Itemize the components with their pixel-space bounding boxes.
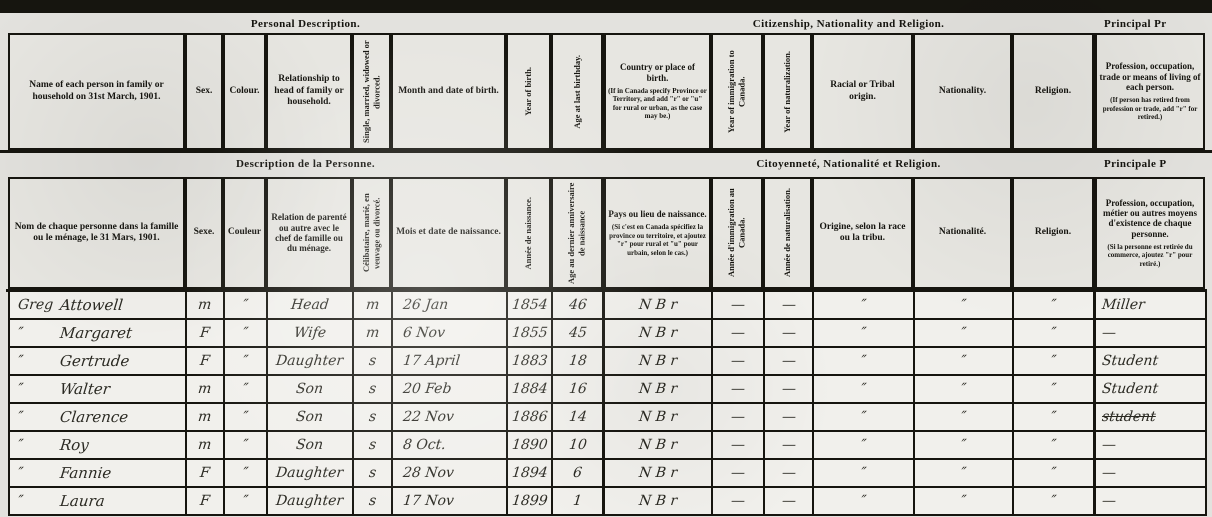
handwritten-year: 1854: [511, 297, 548, 313]
header-religion-fr: Religion.: [1012, 177, 1094, 289]
handwritten-profession: student: [1101, 409, 1156, 425]
handwritten-racial: ″: [860, 437, 867, 453]
header-month-en: Month and date of birth.: [391, 33, 506, 150]
handwritten-racial: ″: [860, 353, 867, 369]
name-prefix: ″: [17, 437, 61, 453]
handwritten-month: 17 Nov: [402, 493, 455, 509]
name-given: Fannie: [59, 464, 112, 482]
cell-sex: m: [187, 376, 225, 402]
cell-relationship: Daughter: [268, 488, 354, 514]
name-prefix: ″: [17, 465, 61, 481]
cell-marital: m: [354, 320, 393, 346]
cell-religion: ″: [1014, 376, 1096, 402]
handwritten-nationality: ″: [960, 465, 967, 481]
handwritten-relationship: Wife: [293, 325, 327, 341]
handwritten-colour: ″: [242, 325, 249, 341]
handwritten-religion: ″: [1050, 409, 1057, 425]
handwritten-sex: F: [199, 493, 210, 509]
header-country-fr-note: (Si c'est en Canada spécifiez la provinc…: [608, 223, 707, 257]
handwritten-age: 46: [568, 297, 588, 313]
handwritten-colour: ″: [242, 409, 249, 425]
handwritten-month: 22 Nov: [402, 409, 455, 425]
handwritten-racial: ″: [860, 409, 867, 425]
handwritten-country: N B r: [638, 437, 678, 453]
handwritten-religion: ″: [1050, 437, 1057, 453]
handwritten-naturalization: —: [781, 381, 797, 397]
section-title-principal-fr: Principale P: [1104, 158, 1212, 170]
cell-marital: m: [354, 292, 393, 318]
cell-religion: ″: [1014, 404, 1096, 430]
handwritten-religion: ″: [1050, 297, 1057, 313]
handwritten-relationship: Son: [296, 381, 325, 397]
header-year-birth-en-label: Year of birth.: [523, 67, 534, 116]
cell-naturalization: —: [765, 488, 814, 514]
cell-age: 6: [553, 460, 605, 486]
header-relationship-fr: Relation de parenté ou autre avec le che…: [266, 177, 352, 289]
header-age-fr-label: Age au dernier anniversaire de naissance: [566, 179, 587, 287]
header-immigration-fr: Année d'immigration au Canada.: [711, 177, 763, 289]
cell-country: N B r: [605, 320, 713, 346]
header-month-en-label: Month and date of birth.: [398, 86, 499, 97]
cell-profession: —: [1096, 320, 1207, 346]
name-prefix: ″: [17, 493, 61, 509]
handwritten-country: N B r: [638, 493, 678, 509]
header-relationship-en: Relationship to head of family or househ…: [266, 33, 352, 150]
cell-profession: Miller: [1096, 292, 1207, 318]
cell-colour: ″: [225, 432, 268, 458]
handwritten-year: 1899: [511, 493, 548, 509]
handwritten-relationship: Daughter: [276, 465, 345, 481]
header-racial-fr: Origine, selon la race ou la tribu.: [812, 177, 913, 289]
top-border-bar: [0, 0, 1212, 13]
header-marital-fr: Célibataire, marié, en veuvage ou divorc…: [352, 177, 391, 289]
cell-year: 1884: [508, 376, 553, 402]
table-row: ″Walterm″Sons20 Feb188416N B r——″″″Stude…: [8, 376, 1207, 404]
cell-sex: F: [187, 348, 225, 374]
handwritten-month: 6 Nov: [402, 325, 446, 341]
cell-naturalization: —: [765, 376, 814, 402]
cell-name: ″Clarence: [10, 404, 187, 430]
handwritten-relationship: Head: [290, 297, 329, 313]
header-naturalization-fr-label: Année de naturalisation.: [782, 188, 793, 277]
cell-racial: ″: [814, 376, 915, 402]
handwritten-country: N B r: [638, 297, 678, 313]
header-profession-fr-label: Profession, occupation, métier ou autres…: [1099, 198, 1201, 239]
handwritten-relationship: Daughter: [276, 353, 345, 369]
handwritten-relationship: Daughter: [276, 493, 345, 509]
name-given: Gertrude: [59, 352, 130, 370]
handwritten-marital: m: [365, 297, 380, 313]
cell-racial: ″: [814, 348, 915, 374]
cell-colour: ″: [225, 488, 268, 514]
cell-marital: s: [354, 432, 393, 458]
handwritten-colour: ″: [242, 493, 249, 509]
handwritten-immigration: —: [730, 325, 746, 341]
cell-country: N B r: [605, 292, 713, 318]
cell-racial: ″: [814, 432, 915, 458]
name-given: Margaret: [59, 324, 133, 342]
cell-year: 1854: [508, 292, 553, 318]
cell-relationship: Daughter: [268, 460, 354, 486]
handwritten-immigration: —: [730, 381, 746, 397]
cell-colour: ″: [225, 376, 268, 402]
cell-colour: ″: [225, 320, 268, 346]
header-relationship-fr-label: Relation de parenté ou autre avec le che…: [270, 212, 348, 253]
handwritten-relationship: Son: [296, 409, 325, 425]
header-profession-en-label: Profession, occupation, trade or means o…: [1099, 61, 1201, 92]
section-title-personal-description: Personal Description.: [8, 18, 603, 30]
handwritten-country: N B r: [638, 353, 678, 369]
handwritten-nationality: ″: [960, 493, 967, 509]
handwritten-nationality: ″: [960, 325, 967, 341]
header-country-fr-label: Pays ou lieu de naissance.: [608, 209, 706, 219]
name-given: Laura: [59, 492, 106, 510]
handwritten-sex: m: [198, 437, 213, 453]
cell-profession: —: [1096, 432, 1207, 458]
cell-immigration: —: [713, 404, 765, 430]
handwritten-sex: F: [199, 353, 210, 369]
cell-nationality: ″: [915, 292, 1014, 318]
cell-marital: s: [354, 488, 393, 514]
cell-colour: ″: [225, 460, 268, 486]
cell-month: 20 Feb: [393, 376, 508, 402]
handwritten-marital: s: [368, 437, 377, 453]
handwritten-racial: ″: [860, 297, 867, 313]
cell-nationality: ″: [915, 488, 1014, 514]
handwritten-year: 1894: [511, 465, 548, 481]
cell-racial: ″: [814, 320, 915, 346]
cell-naturalization: —: [765, 460, 814, 486]
handwritten-year: 1883: [511, 353, 548, 369]
cell-profession: —: [1096, 460, 1207, 486]
name-given: Attowell: [59, 296, 124, 314]
header-year-birth-en: Year of birth.: [506, 33, 551, 150]
header-nationality-en: Nationality.: [913, 33, 1012, 150]
cell-nationality: ″: [915, 320, 1014, 346]
table-row: GregAttowellm″Headm26 Jan185446N B r——″″…: [8, 292, 1207, 320]
cell-naturalization: —: [765, 320, 814, 346]
handwritten-sex: m: [198, 409, 213, 425]
handwritten-colour: ″: [242, 437, 249, 453]
handwritten-naturalization: —: [781, 409, 797, 425]
header-nationality-en-label: Nationality.: [939, 86, 986, 97]
handwritten-profession: Student: [1101, 381, 1159, 397]
handwritten-religion: ″: [1050, 381, 1057, 397]
cell-age: 10: [553, 432, 605, 458]
cell-religion: ″: [1014, 320, 1096, 346]
handwritten-nationality: ″: [960, 353, 967, 369]
header-country-en-label: Country or place of birth.: [608, 62, 707, 83]
cell-age: 46: [553, 292, 605, 318]
cell-year: 1899: [508, 488, 553, 514]
cell-immigration: —: [713, 488, 765, 514]
cell-name: ″Fannie: [10, 460, 187, 486]
cell-age: 1: [553, 488, 605, 514]
header-name-en-label: Name of each person in family or househo…: [12, 80, 181, 103]
handwritten-racial: ″: [860, 325, 867, 341]
header-immigration-en: Year of immigration to Canada.: [711, 33, 763, 150]
handwritten-colour: ″: [242, 381, 249, 397]
handwritten-age: 10: [568, 437, 588, 453]
name-prefix: ″: [17, 353, 61, 369]
handwritten-profession: Miller: [1101, 297, 1145, 313]
handwritten-immigration: —: [730, 437, 746, 453]
handwritten-sex: m: [198, 297, 213, 313]
header-sex-en: Sex.: [185, 33, 223, 150]
cell-racial: ″: [814, 460, 915, 486]
handwritten-age: 18: [568, 353, 588, 369]
handwritten-colour: ″: [242, 297, 249, 313]
handwritten-nationality: ″: [960, 437, 967, 453]
handwritten-naturalization: —: [781, 493, 797, 509]
handwritten-age: 14: [568, 409, 588, 425]
header-naturalization-en: Year of naturalization.: [763, 33, 812, 150]
cell-religion: ″: [1014, 292, 1096, 318]
header-immigration-fr-label: Année d'immigration au Canada.: [726, 179, 747, 287]
cell-racial: ″: [814, 404, 915, 430]
header-age-en-label: Age at last birthday.: [572, 55, 583, 129]
handwritten-country: N B r: [638, 409, 678, 425]
cell-name: ″Gertrude: [10, 348, 187, 374]
handwritten-country: N B r: [638, 465, 678, 481]
cell-age: 18: [553, 348, 605, 374]
handwritten-sex: m: [198, 381, 213, 397]
header-marital-en-label: Single, married, widowed or divorced.: [361, 37, 382, 147]
handwritten-month: 20 Feb: [402, 381, 452, 397]
cell-sex: F: [187, 488, 225, 514]
cell-year: 1855: [508, 320, 553, 346]
handwritten-year: 1884: [511, 381, 548, 397]
handwritten-month: 26 Jan: [402, 297, 449, 313]
cell-sex: F: [187, 320, 225, 346]
cell-year: 1890: [508, 432, 553, 458]
cell-name: ″Margaret: [10, 320, 187, 346]
cell-nationality: ″: [915, 376, 1014, 402]
header-naturalization-fr: Année de naturalisation.: [763, 177, 812, 289]
cell-month: 6 Nov: [393, 320, 508, 346]
header-sex-fr: Sexe.: [185, 177, 223, 289]
handwritten-marital: m: [365, 325, 380, 341]
handwritten-immigration: —: [730, 409, 746, 425]
cell-country: N B r: [605, 488, 713, 514]
cell-marital: s: [354, 404, 393, 430]
name-prefix: ″: [17, 381, 61, 397]
handwritten-marital: s: [368, 493, 377, 509]
handwritten-age: 6: [572, 465, 583, 481]
cell-marital: s: [354, 348, 393, 374]
cell-marital: s: [354, 460, 393, 486]
header-sex-fr-label: Sexe.: [194, 227, 215, 238]
handwritten-year: 1886: [511, 409, 548, 425]
cell-month: 28 Nov: [393, 460, 508, 486]
cell-age: 45: [553, 320, 605, 346]
name-prefix: Greg: [17, 297, 61, 313]
handwritten-immigration: —: [730, 465, 746, 481]
cell-month: 17 Nov: [393, 488, 508, 514]
header-country-fr: Pays ou lieu de naissance. (Si c'est en …: [603, 177, 711, 289]
handwritten-sex: F: [199, 325, 210, 341]
divider-line: [6, 289, 1207, 292]
handwritten-immigration: —: [730, 297, 746, 313]
header-colour-en-label: Colour.: [229, 86, 259, 97]
cell-month: 22 Nov: [393, 404, 508, 430]
handwritten-profession: Student: [1101, 353, 1159, 369]
handwritten-nationality: ″: [960, 409, 967, 425]
handwritten-marital: s: [368, 381, 377, 397]
header-year-birth-fr: Année de naissance.: [506, 177, 551, 289]
name-prefix: ″: [17, 325, 61, 341]
table-row: ″Clarencem″Sons22 Nov188614N B r——″″″stu…: [8, 404, 1207, 432]
cell-profession: —: [1096, 488, 1207, 514]
header-name-en: Name of each person in family or househo…: [8, 33, 185, 150]
cell-sex: F: [187, 460, 225, 486]
handwritten-naturalization: —: [781, 465, 797, 481]
cell-relationship: Head: [268, 292, 354, 318]
section-title-citizenship: Citizenship, Nationality and Religion.: [603, 18, 1094, 30]
handwritten-relationship: Son: [296, 437, 325, 453]
cell-sex: m: [187, 432, 225, 458]
cell-immigration: —: [713, 376, 765, 402]
name-given: Clarence: [59, 408, 129, 426]
header-relationship-en-label: Relationship to head of family or househ…: [270, 74, 348, 108]
cell-relationship: Wife: [268, 320, 354, 346]
header-sex-en-label: Sex.: [196, 86, 213, 97]
header-name-fr-label: Nom de chaque personne dans la famille o…: [12, 222, 181, 245]
cell-relationship: Son: [268, 376, 354, 402]
header-marital-fr-label: Célibataire, marié, en veuvage ou divorc…: [361, 179, 382, 287]
cell-relationship: Son: [268, 404, 354, 430]
handwritten-age: 16: [568, 381, 588, 397]
handwritten-naturalization: —: [781, 297, 797, 313]
header-country-en: Country or place of birth. (If in Canada…: [603, 33, 711, 150]
header-name-fr: Nom de chaque personne dans la famille o…: [8, 177, 185, 289]
header-age-fr: Age au dernier anniversaire de naissance: [551, 177, 603, 289]
handwritten-religion: ″: [1050, 493, 1057, 509]
cell-sex: m: [187, 404, 225, 430]
header-profession-fr: Profession, occupation, métier ou autres…: [1094, 177, 1205, 289]
cell-religion: ″: [1014, 460, 1096, 486]
header-month-fr-label: Mois et date de naissance.: [396, 227, 501, 238]
header-religion-fr-label: Religion.: [1035, 227, 1071, 238]
cell-racial: ″: [814, 488, 915, 514]
cell-racial: ″: [814, 292, 915, 318]
cell-country: N B r: [605, 404, 713, 430]
cell-age: 16: [553, 376, 605, 402]
name-given: Walter: [59, 380, 111, 398]
cell-naturalization: —: [765, 404, 814, 430]
cell-name: ″Walter: [10, 376, 187, 402]
handwritten-marital: s: [368, 409, 377, 425]
header-colour-fr: Couleur: [223, 177, 266, 289]
header-age-en: Age at last birthday.: [551, 33, 603, 150]
handwritten-immigration: —: [730, 493, 746, 509]
cell-naturalization: —: [765, 432, 814, 458]
handwritten-profession: —: [1101, 437, 1117, 453]
section-title-citizenship-fr: Citoyenneté, Nationalité et Religion.: [603, 158, 1094, 170]
header-profession-en: Profession, occupation, trade or means o…: [1094, 33, 1205, 150]
section-title-principal: Principal Pr: [1104, 18, 1212, 30]
header-racial-fr-label: Origine, selon la race ou la tribu.: [816, 222, 909, 245]
handwritten-year: 1855: [511, 325, 548, 341]
section-title-personal-description-fr: Description de la Personne.: [8, 158, 603, 170]
census-sheet: Personal Description. Citizenship, Natio…: [0, 0, 1212, 517]
handwritten-naturalization: —: [781, 325, 797, 341]
cell-nationality: ″: [915, 404, 1014, 430]
header-profession-en-note: (If person has retired from profession o…: [1099, 96, 1201, 121]
header-year-birth-fr-label: Année de naissance.: [523, 197, 534, 270]
cell-age: 14: [553, 404, 605, 430]
handwritten-month: 28 Nov: [402, 465, 455, 481]
header-nationality-fr-label: Nationalité.: [939, 227, 986, 238]
header-colour-en: Colour.: [223, 33, 266, 150]
cell-country: N B r: [605, 432, 713, 458]
handwritten-age: 1: [572, 493, 583, 509]
cell-year: 1883: [508, 348, 553, 374]
cell-nationality: ″: [915, 348, 1014, 374]
cell-month: 26 Jan: [393, 292, 508, 318]
cell-name: ″Laura: [10, 488, 187, 514]
cell-colour: ″: [225, 292, 268, 318]
handwritten-marital: s: [368, 353, 377, 369]
handwritten-profession: —: [1101, 465, 1117, 481]
header-racial-en: Racial or Tribal origin.: [812, 33, 913, 150]
handwritten-profession: —: [1101, 493, 1117, 509]
handwritten-immigration: —: [730, 353, 746, 369]
header-religion-en-label: Religion.: [1035, 86, 1071, 97]
cell-naturalization: —: [765, 292, 814, 318]
handwritten-year: 1890: [511, 437, 548, 453]
header-profession-fr-note: (Si la personne est retirée du commerce,…: [1099, 243, 1201, 268]
table-row: ″Roym″Sons8 Oct.189010N B r——″″″—: [8, 432, 1207, 460]
cell-immigration: —: [713, 432, 765, 458]
table-row: ″LauraF″Daughters17 Nov18991N B r——″″″—: [8, 488, 1207, 516]
cell-nationality: ″: [915, 432, 1014, 458]
cell-immigration: —: [713, 348, 765, 374]
header-nationality-fr: Nationalité.: [913, 177, 1012, 289]
cell-religion: ″: [1014, 348, 1096, 374]
cell-immigration: —: [713, 460, 765, 486]
cell-relationship: Daughter: [268, 348, 354, 374]
cell-colour: ″: [225, 348, 268, 374]
handwritten-profession: —: [1101, 325, 1117, 341]
cell-year: 1894: [508, 460, 553, 486]
handwritten-nationality: ″: [960, 381, 967, 397]
handwritten-racial: ″: [860, 493, 867, 509]
table-row: ″MargaretF″Wifem6 Nov185545N B r——″″″—: [8, 320, 1207, 348]
table-row: ″FannieF″Daughters28 Nov18946N B r——″″″—: [8, 460, 1207, 488]
cell-religion: ″: [1014, 488, 1096, 514]
header-month-fr: Mois et date de naissance.: [391, 177, 506, 289]
table-row: ″GertrudeF″Daughters17 April188318N B r—…: [8, 348, 1207, 376]
handwritten-naturalization: —: [781, 353, 797, 369]
cell-name: GregAttowell: [10, 292, 187, 318]
cell-immigration: —: [713, 320, 765, 346]
header-country-en-note: (If in Canada specify Province or Territ…: [608, 87, 707, 121]
handwritten-racial: ″: [860, 465, 867, 481]
cell-name: ″Roy: [10, 432, 187, 458]
cell-sex: m: [187, 292, 225, 318]
handwritten-nationality: ″: [960, 297, 967, 313]
cell-year: 1886: [508, 404, 553, 430]
header-racial-en-label: Racial or Tribal origin.: [816, 80, 909, 103]
divider-line: [0, 150, 1212, 153]
cell-profession: student: [1096, 404, 1207, 430]
cell-country: N B r: [605, 376, 713, 402]
handwritten-naturalization: —: [781, 437, 797, 453]
handwritten-colour: ″: [242, 465, 249, 481]
header-marital-en: Single, married, widowed or divorced.: [352, 33, 391, 150]
handwritten-country: N B r: [638, 325, 678, 341]
